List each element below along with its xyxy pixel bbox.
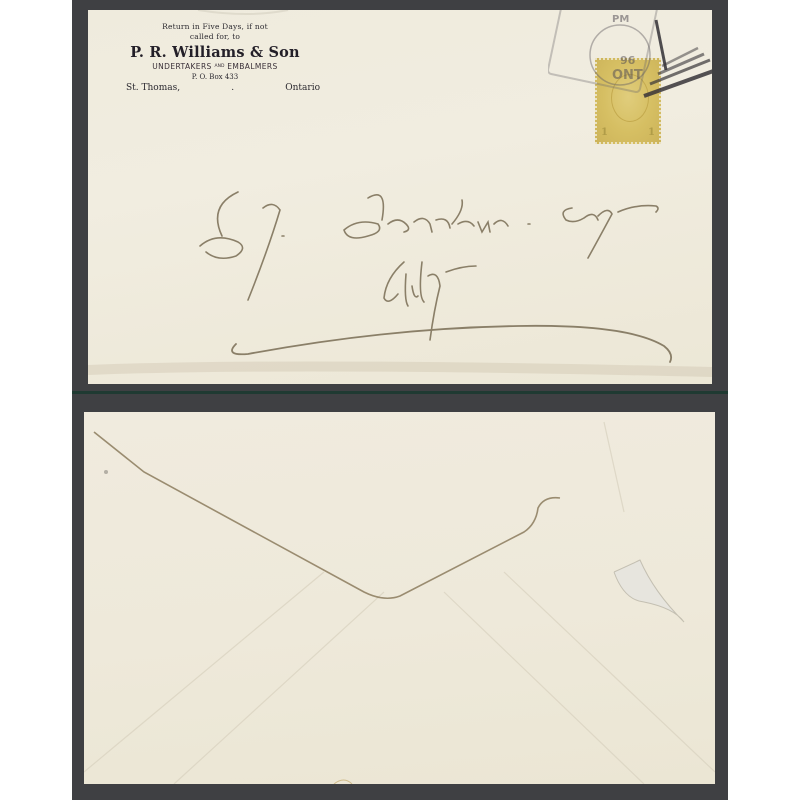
handwritten-address: D. J. Donahue Esq City (88, 10, 712, 384)
envelope-front: Return in Five Days, if not called for, … (88, 10, 712, 384)
envelope-flap (84, 412, 715, 784)
envelope-back: Envelope reverse showing sealed flap (84, 412, 715, 784)
handwriting-strokes (88, 10, 712, 384)
scan-divider (72, 391, 728, 394)
